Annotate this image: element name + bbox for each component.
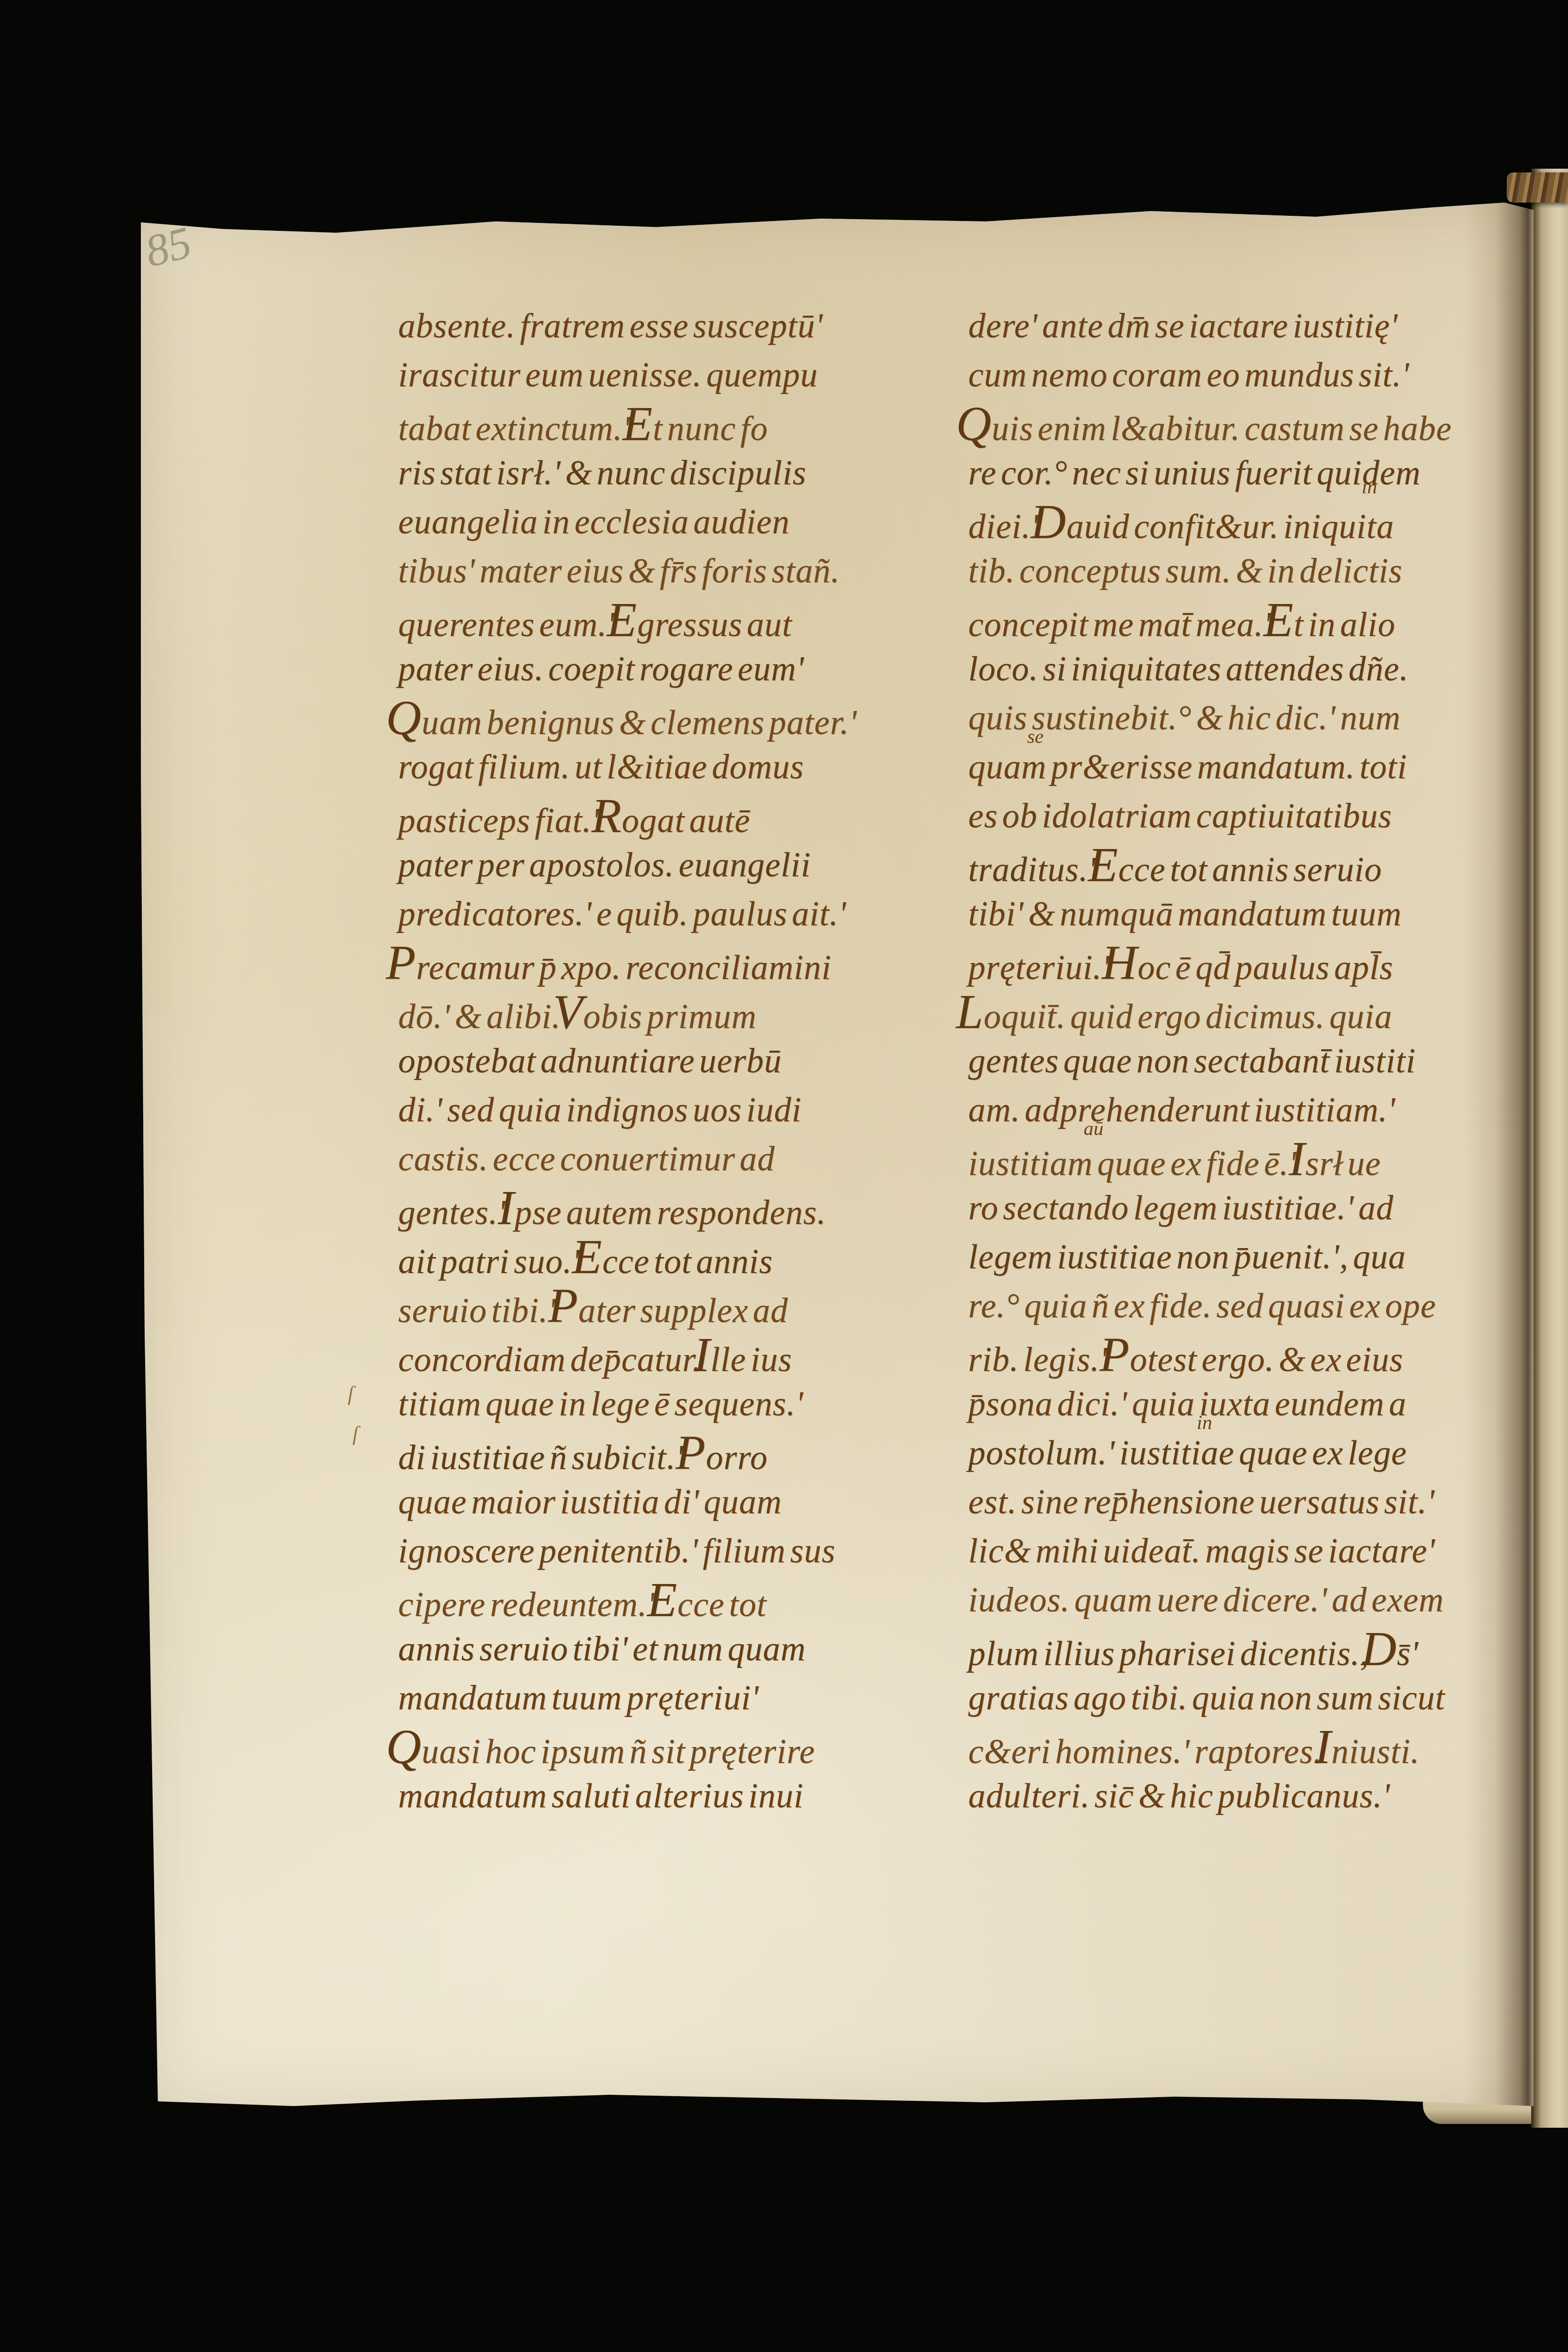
text-line: ignoscere penitentib.' filium sus [398,1527,968,1576]
text-line: ait patri suo.' Ecce tot annis [398,1233,968,1282]
text-line: quam pr&erisse mandatum. toti [968,743,1524,792]
text-line: re cor.° nec si unius fuerit quidem [968,449,1524,498]
binding-headband [1507,172,1568,203]
text-line: lic& mihi uideat̄. magis se iactare' [968,1527,1524,1576]
text-line: euangelia in ecclesia audien [398,498,968,547]
text-line: tibi' & numquā mandatum tuum [968,890,1524,939]
text-line: legem iustitiae non p̄uenit.', qua [968,1233,1524,1282]
text-line: Quam benignus & clemens pater.' [398,694,968,743]
text-line: pasticeps fiat.' Rogat autē [398,792,968,841]
text-line: Quis enim l&abitur. castum se habe [968,400,1524,449]
text-line: quis sustinebit.° & hic dic.' num [968,694,1524,743]
text-line: tib. conceptus sum. & in delictis [968,547,1524,596]
manuscript-page: 85 absente. fratrem esse susceptū'irasci… [138,202,1534,2122]
folio-number: 85 [140,216,196,278]
interlinear-gloss: aū [1084,1118,1103,1140]
interlinear-gloss: in [1197,1412,1212,1434]
manuscript-photograph: 85 absente. fratrem esse susceptū'irasci… [0,0,1568,2352]
text-line: plum illius pharisei dicentis., Ds̄' [968,1625,1524,1674]
text-line: di iustitiae ñ subicit.' Porro [398,1429,968,1478]
text-line: rib. legis.' Potest ergo. & ex eius [968,1331,1524,1380]
text-line: predicatores.' e quib. paulus ait.' [398,890,968,939]
text-line: traditus.' Ecce tot annis seruio [968,841,1524,890]
text-column-right: dere' ante dm̄ se iactare iustitię'cum n… [968,302,1524,1821]
next-page-fore-edge [1531,169,1568,2128]
text-line: iudeos. quam uere dicere.' ad exem [968,1576,1524,1625]
text-line: adulteri. sic̄ & hic publicanus.' [968,1772,1524,1821]
text-line: quae maior iustitia di' quam [398,1478,968,1527]
gutter-shadow [1464,202,1534,2122]
text-line: castis. ecce conuertimur ad [398,1135,968,1184]
interlinear-gloss: se [1027,726,1044,748]
text-line: gentes quae non sectabant̄ iustiti [968,1037,1524,1086]
text-line: concordiam dep̄catur. Ille ius [398,1331,968,1380]
text-line: Quasi hoc ipsum ñ sit pręterire [398,1723,968,1772]
text-line: irascitur eum uenisse. quempu [398,351,968,400]
text-line: est. sine rep̄hensione uersatus sit.' [968,1478,1524,1527]
text-column-left: absente. fratrem esse susceptū'irascitur… [398,302,968,1821]
text-line: concepit me mat̄ mea.' Et in alio [968,596,1524,645]
text-line: absente. fratrem esse susceptū' [398,302,968,351]
text-line: diei.' Dauid confit&ur. iniquita [968,498,1524,547]
text-line: cum nemo coram eo mundus sit.' [968,351,1524,400]
margin-mark: ſ [348,1382,353,1406]
text-line: mandatum saluti alterius inui [398,1772,968,1821]
text-line: c&eri homines.' raptores. Iniusti. [968,1723,1524,1772]
text-line: tibus' mater eius & fr̄s foris stañ. [398,547,968,596]
text-line: rogat filium. ut l&itiae domus [398,743,968,792]
text-line: cipere redeuntem.' Ecce tot [398,1576,968,1625]
text-line: Loquit̄. quid ergo dicimus. quia [968,988,1524,1037]
text-line: opostebat adnuntiare uerbū [398,1037,968,1086]
text-line: am. adprehenderunt iustitiam.' [968,1086,1524,1135]
text-line: dere' ante dm̄ se iactare iustitię' [968,302,1524,351]
text-line: mandatum tuum pręteriui' [398,1674,968,1723]
text-line: gentes.' Ipse autem respondens. [398,1184,968,1233]
text-line: loco. si iniquitates attendes dñe. [968,645,1524,694]
text-line: tabat extinctum.' Et nunc fo [398,400,968,449]
text-line: pater eius. coepit rogare eum' [398,645,968,694]
text-line: seruio tibi.' Pater supplex ad [398,1282,968,1331]
text-line: es ob idolatriam captiuitatibus [968,792,1524,841]
text-line: re.° quia ñ ex fide. sed quasi ex ope [968,1282,1524,1331]
text-line: ris stat isrł.' & nunc discipulis [398,449,968,498]
text-line: pręteriui.' Hoc ē qd̄ paulus apl̄s [968,939,1524,988]
text-line: querentes eum.' Egressus aut [398,596,968,645]
text-line: iustitiam quae ex fide ē.' Isrł ue [968,1135,1524,1184]
text-line: postolum.' iustitiae quae ex lege [968,1429,1524,1478]
text-line: annis seruio tibi' et num quam [398,1625,968,1674]
interlinear-gloss: in [1362,476,1377,498]
text-line: titiam quae in lege ē sequens.' [398,1380,968,1429]
text-line: di.' sed quia indignos uos iudi [398,1086,968,1135]
text-line: ro sectando legem iustitiae.' ad [968,1184,1524,1233]
margin-mark: ſ [352,1422,358,1446]
text-line: gratias ago tibi. quia non sum sicut [968,1674,1524,1723]
text-line: Precamur p̄ xpo. reconciliamini [398,939,968,988]
text-line: dō.' & alibi. Vobis primum [398,988,968,1037]
text-line: pater per apostolos. euangelii [398,841,968,890]
text-line: p̄sona dici.' quia iuxta eundem a [968,1380,1524,1429]
